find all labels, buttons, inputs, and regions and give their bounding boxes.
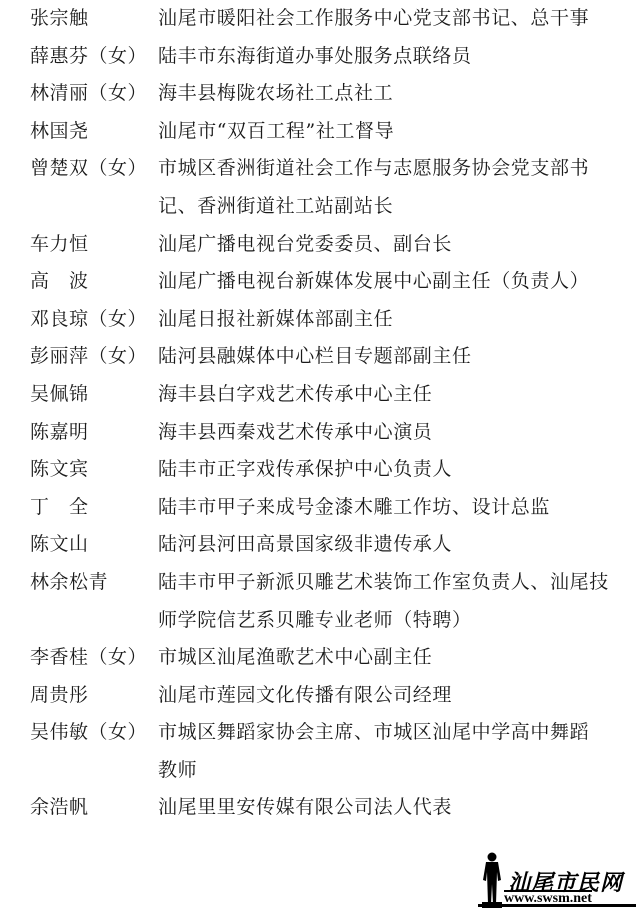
person-position: 陆丰市甲子来成号金漆木雕工作坊、设计总监: [158, 489, 614, 527]
person-name: 吴伟敏（女）: [0, 714, 158, 752]
list-item: 曾楚双（女）市城区香洲街道社会工作与志愿服务协会党支部书: [0, 150, 640, 188]
standing-man-silhouette-icon: [478, 852, 506, 908]
list-item: 陈文宾陆丰市正字戏传承保护中心负责人: [0, 451, 640, 489]
person-position: 汕尾广播电视台新媒体发展中心副主任（负责人）: [158, 263, 614, 301]
list-item: 彭丽萍（女）陆河县融媒体中心栏目专题部副主任: [0, 338, 640, 376]
person-position: 陆丰市东海街道办事处服务点联络员: [158, 38, 614, 76]
list-item: 高 波汕尾广播电视台新媒体发展中心副主任（负责人）: [0, 263, 640, 301]
list-item-continuation: 教师: [0, 752, 640, 790]
list-item: 车力恒汕尾广播电视台党委委员、副台长: [0, 226, 640, 264]
person-name: 车力恒: [0, 226, 158, 264]
person-name: 李香桂（女）: [0, 639, 158, 677]
watermark-underline: [478, 904, 636, 907]
person-name: [0, 602, 158, 640]
person-position: 陆丰市甲子新派贝雕艺术装饰工作室负责人、汕尾技: [158, 564, 614, 602]
person-name: 吴佩锦: [0, 376, 158, 414]
list-item: 余浩帆汕尾里里安传媒有限公司法人代表: [0, 789, 640, 827]
person-name: 邓良琼（女）: [0, 301, 158, 339]
person-position: 海丰县西秦戏艺术传承中心演员: [158, 414, 614, 452]
list-item: 李香桂（女）市城区汕尾渔歌艺术中心副主任: [0, 639, 640, 677]
name-list: 张宗触汕尾市暖阳社会工作服务中心党支部书记、总干事薛惠芬（女）陆丰市东海街道办事…: [0, 0, 640, 827]
person-name: 林余松青: [0, 564, 158, 602]
list-item: 林余松青陆丰市甲子新派贝雕艺术装饰工作室负责人、汕尾技: [0, 564, 640, 602]
person-name: 陈文宾: [0, 451, 158, 489]
person-position: 陆河县河田高景国家级非遗传承人: [158, 526, 614, 564]
person-name: 彭丽萍（女）: [0, 338, 158, 376]
list-item-continuation: 记、香洲街道社工站副站长: [0, 188, 640, 226]
person-position: 海丰县梅陇农场社工点社工: [158, 75, 614, 113]
person-position: 海丰县白字戏艺术传承中心主任: [158, 376, 614, 414]
list-item: 陈文山陆河县河田高景国家级非遗传承人: [0, 526, 640, 564]
person-name: [0, 752, 158, 790]
person-name: 陈文山: [0, 526, 158, 564]
person-name: 高 波: [0, 263, 158, 301]
person-position: 汕尾里里安传媒有限公司法人代表: [158, 789, 614, 827]
person-name: 陈嘉明: [0, 414, 158, 452]
person-position: 汕尾市“双百工程”社工督导: [158, 113, 614, 151]
list-item: 吴佩锦海丰县白字戏艺术传承中心主任: [0, 376, 640, 414]
person-position: 市城区舞蹈家协会主席、市城区汕尾中学高中舞蹈: [158, 714, 614, 752]
list-item: 陈嘉明海丰县西秦戏艺术传承中心演员: [0, 414, 640, 452]
person-position: 市城区汕尾渔歌艺术中心副主任: [158, 639, 614, 677]
list-item: 周贵彤汕尾市莲园文化传播有限公司经理: [0, 677, 640, 715]
person-name: [0, 188, 158, 226]
person-position: 市城区香洲街道社会工作与志愿服务协会党支部书: [158, 150, 614, 188]
person-name: 薛惠芬（女）: [0, 38, 158, 76]
person-name: 林国尧: [0, 113, 158, 151]
site-watermark: 汕尾市民网 www.swsm.net: [478, 852, 636, 908]
person-name: 丁 全: [0, 489, 158, 527]
person-position: 汕尾广播电视台党委委员、副台长: [158, 226, 614, 264]
list-item: 林清丽（女）海丰县梅陇农场社工点社工: [0, 75, 640, 113]
list-item-continuation: 师学院信艺系贝雕专业老师（特聘）: [0, 602, 640, 640]
person-name: 周贵彤: [0, 677, 158, 715]
person-name: 余浩帆: [0, 789, 158, 827]
person-name: 曾楚双（女）: [0, 150, 158, 188]
person-position: 汕尾市暖阳社会工作服务中心党支部书记、总干事: [158, 0, 614, 38]
list-item: 薛惠芬（女）陆丰市东海街道办事处服务点联络员: [0, 38, 640, 76]
list-item: 丁 全陆丰市甲子来成号金漆木雕工作坊、设计总监: [0, 489, 640, 527]
list-item: 张宗触汕尾市暖阳社会工作服务中心党支部书记、总干事: [0, 0, 640, 38]
person-name: 林清丽（女）: [0, 75, 158, 113]
list-item: 吴伟敏（女）市城区舞蹈家协会主席、市城区汕尾中学高中舞蹈: [0, 714, 640, 752]
list-item: 邓良琼（女）汕尾日报社新媒体部副主任: [0, 301, 640, 339]
person-name: 张宗触: [0, 0, 158, 38]
list-item: 林国尧汕尾市“双百工程”社工督导: [0, 113, 640, 151]
person-position: 汕尾市莲园文化传播有限公司经理: [158, 677, 614, 715]
person-position: 陆丰市正字戏传承保护中心负责人: [158, 451, 614, 489]
person-position: 教师: [158, 752, 614, 790]
person-position: 陆河县融媒体中心栏目专题部副主任: [158, 338, 614, 376]
person-position: 汕尾日报社新媒体部副主任: [158, 301, 614, 339]
person-position: 记、香洲街道社工站副站长: [158, 188, 614, 226]
person-position: 师学院信艺系贝雕专业老师（特聘）: [158, 602, 614, 640]
